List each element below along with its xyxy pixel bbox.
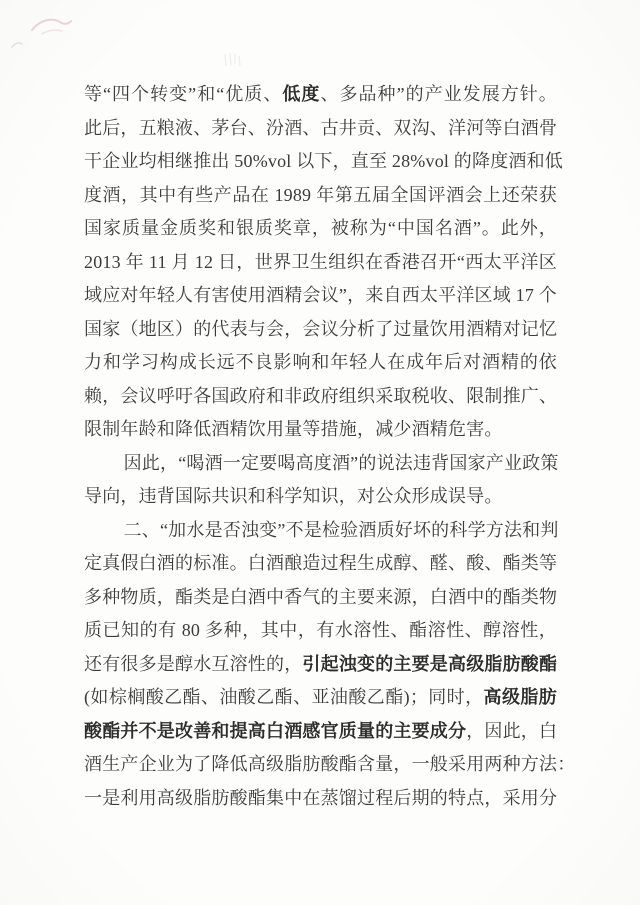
text-segment: 国家（地区）的代表与会，会议分析了过量饮用酒精对记忆 (84, 319, 557, 339)
text-segment: 还有很多是醇水互溶性的， (84, 654, 302, 674)
text-line: 因此，“喝酒一定要喝高度酒”的说法违背国家产业政策 (84, 447, 557, 481)
scan-smudge-icon (220, 50, 246, 72)
bold-text-segment: 引起浊变的主要是高级脂肪酸酯 (302, 654, 557, 674)
text-line: 还有很多是醇水互溶性的，引起浊变的主要是高级脂肪酸酯 (84, 648, 557, 682)
bold-text-segment: 高级脂肪 (484, 687, 557, 707)
text-segment: 等“四个转变”和“优质、 (84, 84, 282, 104)
text-segment: 多种物质，酯类是白酒中香气的主要来源，白酒中的酯类物 (84, 587, 557, 607)
text-line: 定真假白酒的标准。白酒酿造过程生成醇、醛、酸、酯类等 (84, 547, 557, 581)
text-line: 此后，五粮液、茅台、汾酒、古井贡、双沟、洋河等白酒骨 (84, 112, 557, 146)
text-segment: 此后，五粮液、茅台、汾酒、古井贡、双沟、洋河等白酒骨 (84, 118, 557, 138)
text-segment: (如棕榈酸乙酯、油酸乙酯、亚油酸乙酯)；同时， (84, 687, 484, 707)
text-line: 国家质量金质奖和银质奖章，被称为“中国名酒”。此外， (84, 212, 557, 246)
text-segment: 二、“加水是否浊变”不是检验酒质好坏的科学方法和判 (124, 520, 559, 540)
text-line: 力和学习构成长远不良影响和年轻人在成年后对酒精的依 (84, 346, 557, 380)
scanned-document-page: 等“四个转变”和“优质、低度、多品种”的产业发展方针。此后，五粮液、茅台、汾酒、… (0, 0, 640, 905)
text-segment: 一是利用高级脂肪酸酯集中在蒸馏过程后期的特点，采用分 (84, 788, 557, 808)
document-text: 等“四个转变”和“优质、低度、多品种”的产业发展方针。此后，五粮液、茅台、汾酒、… (84, 78, 557, 815)
text-segment: 2013 年 11 月 12 日，世界卫生组织在香港召开“西太平洋区 (84, 252, 557, 272)
text-line: 等“四个转变”和“优质、低度、多品种”的产业发展方针。 (84, 78, 557, 112)
text-line: 域应对年轻人有害使用酒精会议”，来自西太平洋区域 17 个 (84, 279, 557, 313)
text-line: 二、“加水是否浊变”不是检验酒质好坏的科学方法和判 (84, 514, 557, 548)
text-line: 干企业均相继推出 50%vol 以下，直至 28%vol 的降度酒和低 (84, 145, 557, 179)
text-line: (如棕榈酸乙酯、油酸乙酯、亚油酸乙酯)；同时，高级脂肪 (84, 681, 557, 715)
text-line: 度酒，其中有些产品在 1989 年第五届全国评酒会上还荣获 (84, 179, 557, 213)
text-line: 赖，会议呼吁各国政府和非政府组织采取税收、限制推广、 (84, 380, 557, 414)
text-line: 酸酯并不是改善和提高白酒感官质量的主要成分，因此，白 (84, 715, 557, 749)
text-line: 导向，违背国际共识和科学知识，对公众形成误导。 (84, 480, 557, 514)
text-segment: 、多品种”的产业发展方针。 (320, 84, 557, 104)
text-segment: 限制年龄和降低酒精饮用量等措施，减少酒精危害。 (84, 419, 503, 439)
text-segment: 定真假白酒的标准。白酒酿造过程生成醇、醛、酸、酯类等 (84, 553, 557, 573)
text-segment: ，因此，白 (466, 721, 557, 741)
text-line: 酒生产企业为了降低高级脂肪酸酯含量，一般采用两种方法： (84, 748, 557, 782)
text-line: 多种物质，酯类是白酒中香气的主要来源，白酒中的酯类物 (84, 581, 557, 615)
pen-dot-mark-icon (8, 36, 26, 52)
text-segment: 力和学习构成长远不良影响和年轻人在成年后对酒精的依 (84, 352, 557, 372)
text-line: 2013 年 11 月 12 日，世界卫生组织在香港召开“西太平洋区 (84, 246, 557, 280)
pen-scribble-mark-icon (28, 12, 74, 40)
text-segment: 酒生产企业为了降低高级脂肪酸酯含量，一般采用两种方法： (84, 754, 575, 774)
text-segment: 干企业均相继推出 50%vol 以下，直至 28%vol 的降度酒和低 (84, 151, 563, 171)
text-line: 质已知的有 80 多种，其中，有水溶性、酯溶性、醇溶性， (84, 614, 557, 648)
text-segment: 导向，违背国际共识和科学知识，对公众形成误导。 (84, 486, 503, 506)
text-segment: 度酒，其中有些产品在 1989 年第五届全国评酒会上还荣获 (84, 185, 557, 205)
text-segment: 因此，“喝酒一定要喝高度酒”的说法违背国家产业政策 (124, 453, 559, 473)
text-segment: 国家质量金质奖和银质奖章，被称为“中国名酒”。此外， (84, 218, 557, 238)
text-segment: 域应对年轻人有害使用酒精会议”，来自西太平洋区域 17 个 (84, 285, 557, 305)
text-segment: 赖，会议呼吁各国政府和非政府组织采取税收、限制推广、 (84, 386, 557, 406)
bold-text-segment: 酸酯并不是改善和提高白酒感官质量的主要成分 (84, 721, 466, 741)
text-segment: 质已知的有 80 多种，其中，有水溶性、酯溶性、醇溶性， (84, 620, 557, 640)
text-line: 限制年龄和降低酒精饮用量等措施，减少酒精危害。 (84, 413, 557, 447)
text-line: 国家（地区）的代表与会，会议分析了过量饮用酒精对记忆 (84, 313, 557, 347)
text-line: 一是利用高级脂肪酸酯集中在蒸馏过程后期的特点，采用分 (84, 782, 557, 816)
bold-text-segment: 低度 (282, 84, 320, 104)
